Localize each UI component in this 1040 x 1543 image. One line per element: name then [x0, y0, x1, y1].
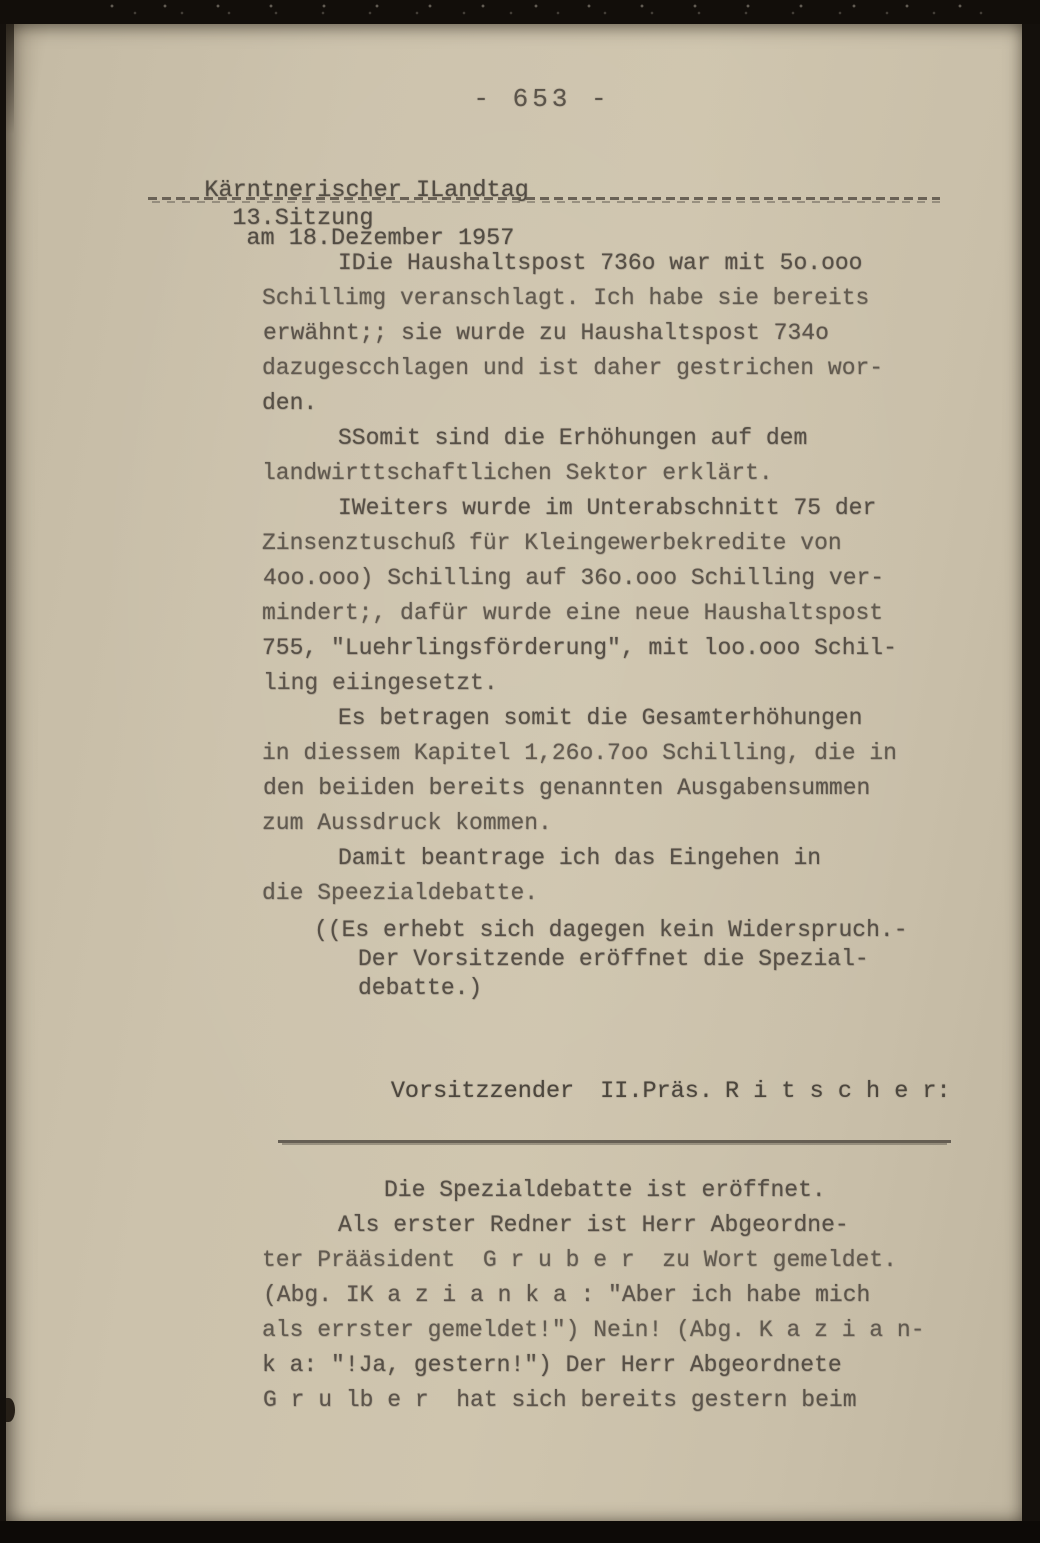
text-line: (Abg. IK a z i a n k a : "Aber ich habe …	[263, 1278, 963, 1313]
text-line: 755, "Luehrlingsförderung", mit loo.ooo …	[262, 631, 962, 666]
text-line: SSomit sind die Erhöhungen auf dem	[262, 421, 962, 456]
text-line: Zinsenztuschuß für Kleingewerbekredite v…	[262, 526, 962, 561]
text-line: IWeiters wurde im Unterabschnitt 75 der	[262, 491, 962, 526]
text-line: Damit beantrage ich das Eingehen in	[262, 841, 962, 876]
scanner-band-bottom	[0, 1521, 1040, 1543]
text-line: den beiiden bereits genannten Ausgabensu…	[263, 771, 963, 806]
text-line: in diessem Kapitel 1,26o.7oo Schilling, …	[262, 736, 962, 771]
header-dashed-rule	[148, 197, 940, 206]
speaker-office: II.Präs.	[600, 1078, 713, 1105]
text-line: die Speezialdebatte.	[262, 876, 962, 911]
speaker-heading: VorsitzzenderII.Präs.R i t s c h e r:	[278, 1047, 951, 1143]
text-line: ling eiingesetzt.	[263, 666, 963, 701]
scanner-dust-dots	[110, 3, 1010, 19]
paragraph: Als erster Redner ist Herr Abgeordne- te…	[262, 1208, 962, 1418]
scan-shadow-artifact	[6, 24, 14, 134]
text-line: den.	[262, 386, 962, 421]
text-line: Die Spezialdebatte ist eröffnet.	[262, 1173, 962, 1208]
paragraph: IWeiters wurde im Unterabschnitt 75 der …	[262, 491, 962, 701]
text-line: k a: "!Ja, gestern!") Der Herr Abgeordne…	[262, 1348, 962, 1383]
paragraph: Die Spezialdebatte ist eröffnet.	[262, 1173, 962, 1208]
text-line: G r u lb e r hat sich bereits gestern be…	[263, 1383, 963, 1418]
text-line: 4oo.ooo) Schilling auf 36o.ooo Schilling…	[263, 561, 963, 596]
document-page: - 653 - Kärntnerischer ILandtag 13.Sitzu…	[6, 24, 1022, 1521]
paragraph: IDie Haushaltspost 736o war mit 5o.ooo S…	[262, 246, 962, 421]
paragraph: Damit beantrage ich das Eingehen in die …	[262, 841, 962, 911]
text-line: als errster gemeldet!") Nein! (Abg. K a …	[262, 1313, 962, 1348]
text-line: Als erster Redner ist Herr Abgeordne-	[262, 1208, 962, 1243]
speaker-role: Vorsitzzender	[391, 1078, 574, 1105]
stage-direction: ((Es erhebt sich dagegen kein Widerspruc…	[314, 916, 962, 1003]
text-line: Schillimg veranschlagt. Ich habe sie ber…	[262, 281, 962, 316]
text-line: ((Es erhebt sich dagegen kein Widerspruc…	[314, 916, 962, 945]
text-line: erwähnt;; sie wurde zu Haushaltspost 734…	[263, 316, 963, 351]
text-line: Der Vorsitzende eröffnet die Spezial-	[314, 945, 962, 974]
text-line: Es betragen somit die Gesamterhöhungen	[262, 701, 962, 736]
text-line: dazugescchlagen und ist daher gestrichen…	[262, 351, 962, 386]
text-line: IDie Haushaltspost 736o war mit 5o.ooo	[262, 246, 962, 281]
paragraph: Es betragen somit die Gesamterhöhungen i…	[262, 701, 962, 841]
body-text: IDie Haushaltspost 736o war mit 5o.ooo S…	[262, 246, 962, 1418]
text-line: mindert;, dafür wurde eine neue Haushalt…	[262, 596, 962, 631]
page-number: - 653 -	[6, 84, 1022, 114]
text-line: debatte.)	[314, 974, 962, 1003]
text-line: landwirttschaftlichen Sektor erklärt.	[262, 456, 962, 491]
text-line: zum Aussdruck kommen.	[262, 806, 962, 841]
paragraph: SSomit sind die Erhöhungen auf dem landw…	[262, 421, 962, 491]
text-line: ter Prääsident G r u b e r zu Wort gemel…	[262, 1243, 962, 1278]
scanner-band-top	[0, 0, 1040, 24]
speaker-name: R i t s c h e r:	[725, 1078, 951, 1105]
scan-blob-artifact	[6, 1398, 15, 1422]
